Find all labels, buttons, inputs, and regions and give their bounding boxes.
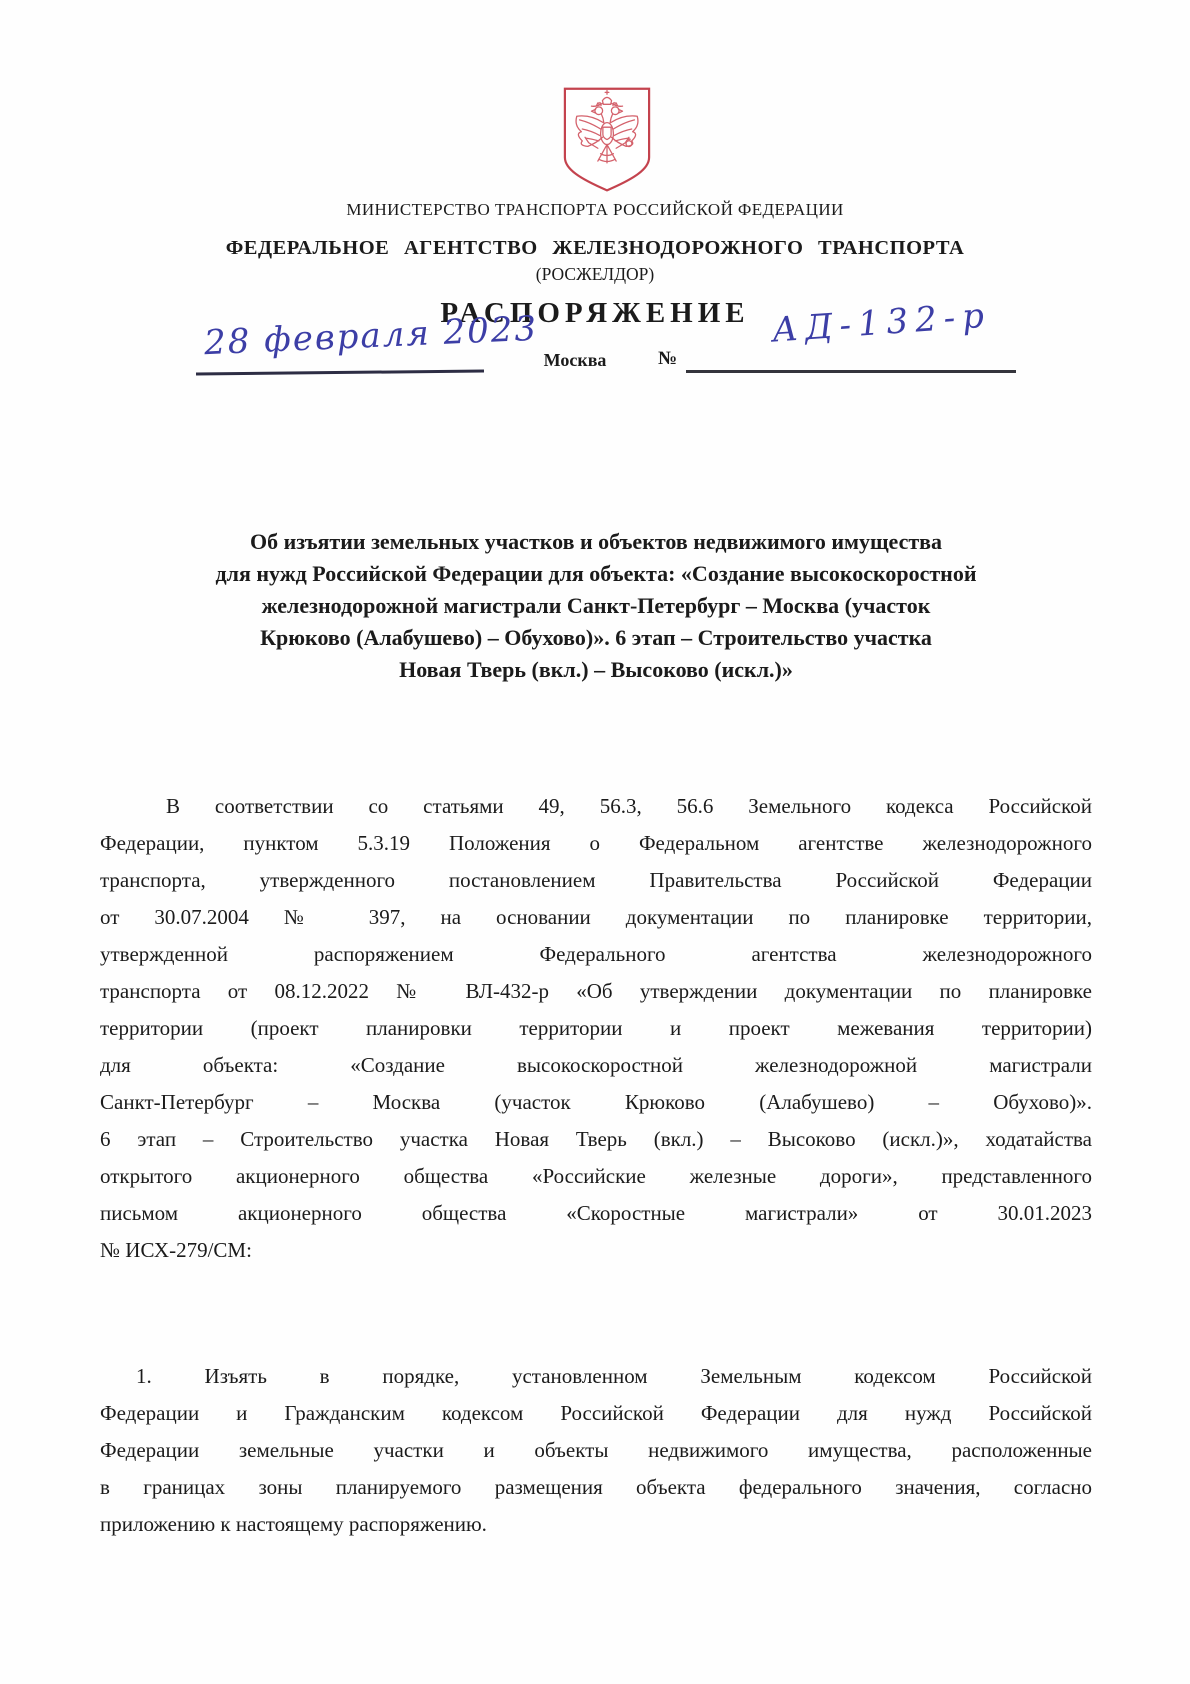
paragraph-line: Федерации и Гражданским кодексом Российс… <box>100 1395 1092 1432</box>
document-page: МИНИСТЕРСТВО ТРАНСПОРТА РОССИЙСКОЙ ФЕДЕР… <box>0 0 1190 1684</box>
paragraph-line: транспорта от 08.12.2022 № ВЛ-432-р «Об … <box>100 973 1092 1010</box>
document-title-line: Крюково (Алабушево) – Обухово)». 6 этап … <box>100 622 1092 654</box>
paragraph-line: от 30.07.2004 № 397, на основании докуме… <box>100 899 1092 936</box>
ministry-name: МИНИСТЕРСТВО ТРАНСПОРТА РОССИЙСКОЙ ФЕДЕР… <box>0 200 1190 220</box>
body-paragraph-preamble: В соответствии со статьями 49, 56.3, 56.… <box>100 788 1092 1269</box>
document-title-line: Новая Тверь (вкл.) – Высоково (искл.)» <box>100 654 1092 686</box>
paragraph-line: открытого акционерного общества «Российс… <box>100 1158 1092 1195</box>
paragraph-line: Санкт-Петербург – Москва (участок Крюков… <box>100 1084 1092 1121</box>
paragraph-line: в границах зоны планируемого размещения … <box>100 1469 1092 1506</box>
paragraph-line: транспорта, утвержденного постановлением… <box>100 862 1092 899</box>
document-title: Об изъятии земельных участков и объектов… <box>100 526 1092 686</box>
paragraph-line: приложению к настоящему распоряжению. <box>100 1506 1092 1543</box>
document-type-heading: РАСПОРЯЖЕНИЕ <box>0 297 1190 330</box>
paragraph-line: № ИСХ-279/СМ: <box>100 1232 1092 1269</box>
agency-name: ФЕДЕРАЛЬНОЕ АГЕНТСТВО ЖЕЛЕЗНОДОРОЖНОГО Т… <box>0 237 1190 260</box>
paragraph-line: 1. Изъять в порядке, установленном Земел… <box>100 1358 1092 1395</box>
city-label: Москва <box>519 350 631 371</box>
document-title-line: железнодорожной магистрали Санкт-Петербу… <box>100 590 1092 622</box>
paragraph-line: письмом акционерного общества «Скоростны… <box>100 1195 1092 1232</box>
agency-abbreviation: (РОСЖЕЛДОР) <box>0 264 1190 285</box>
paragraph-line: территории (проект планировки территории… <box>100 1010 1092 1047</box>
number-sign: № <box>658 348 677 370</box>
paragraph-line: В соответствии со статьями 49, 56.3, 56.… <box>100 788 1092 825</box>
russia-coat-of-arms-icon <box>561 86 653 194</box>
body-paragraph-item-1: 1. Изъять в порядке, установленном Земел… <box>100 1358 1092 1543</box>
paragraph-line: утвержденной распоряжением Федерального … <box>100 936 1092 973</box>
paragraph-line: Федерации земельные участки и объекты не… <box>100 1432 1092 1469</box>
number-underline <box>686 370 1016 373</box>
paragraph-line: Федерации, пунктом 5.3.19 Положения о Фе… <box>100 825 1092 862</box>
paragraph-line: 6 этап – Строительство участка Новая Тве… <box>100 1121 1092 1158</box>
document-title-line: для нужд Российской Федерации для объект… <box>100 558 1092 590</box>
date-underline <box>196 369 484 375</box>
document-title-line: Об изъятии земельных участков и объектов… <box>100 526 1092 558</box>
paragraph-line: для объекта: «Создание высокоскоростной … <box>100 1047 1092 1084</box>
